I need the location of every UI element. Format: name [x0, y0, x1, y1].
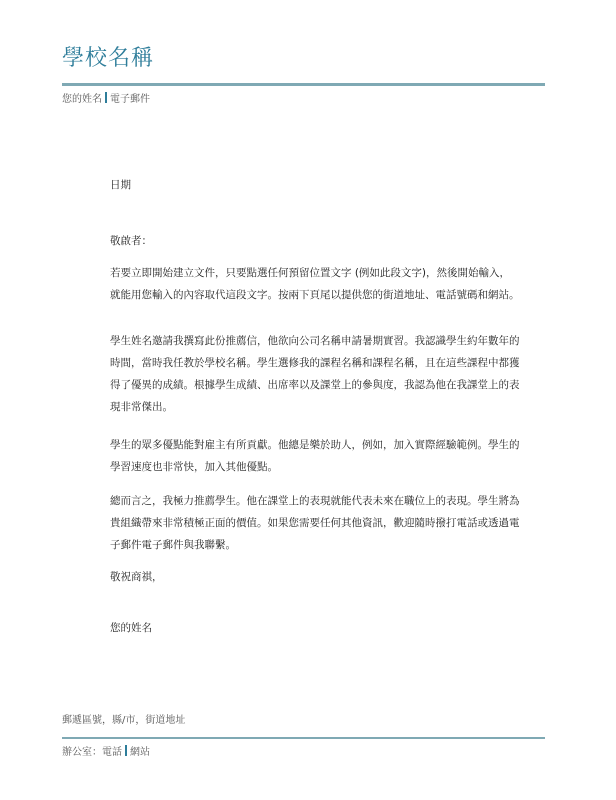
- office-website[interactable]: 網站: [130, 747, 150, 758]
- school-name-title[interactable]: 學校名稱: [62, 44, 154, 74]
- letter-greeting[interactable]: 敬啟者：: [110, 230, 520, 252]
- body-paragraph-2[interactable]: 學生姓名邀請我撰寫此份推薦信，他欲向公司名稱申請暑期實習。我認識學生約年數年的時…: [110, 330, 520, 418]
- body-paragraph-4[interactable]: 總而言之，我極力推薦學生。他在課堂上的表現就能代表未來在職位上的表現。學生將為貴…: [110, 490, 520, 556]
- letter-date[interactable]: 日期: [110, 174, 520, 196]
- sender-name[interactable]: 您的姓名: [62, 94, 102, 105]
- header-divider: [62, 83, 545, 86]
- body-paragraph-1[interactable]: 若要立即開始建立文件，只要點選任何預留位置文字 (例如此段文字)，然後開始輸入，…: [110, 262, 520, 306]
- separator-bar: [105, 92, 107, 103]
- body-paragraph-3[interactable]: 學生的眾多優點能對雇主有所貢獻。他總是樂於助人，例如，加入實際經驗範例。學生的學…: [110, 434, 520, 478]
- footer-divider: [62, 737, 545, 739]
- footer-address[interactable]: 郵遞區號，縣/市，街道地址: [62, 714, 185, 728]
- sender-email[interactable]: 電子郵件: [110, 94, 150, 105]
- office-label: 辦公室：: [62, 747, 102, 758]
- header-contact-line: 您的姓名電子郵件: [62, 92, 150, 107]
- signature-name[interactable]: 您的姓名: [110, 617, 520, 639]
- separator-bar: [125, 745, 127, 756]
- footer-office-line: 辦公室：電話網站: [62, 745, 150, 760]
- office-phone[interactable]: 電話: [102, 747, 122, 758]
- letter-closing[interactable]: 敬祝商祺，: [110, 566, 520, 588]
